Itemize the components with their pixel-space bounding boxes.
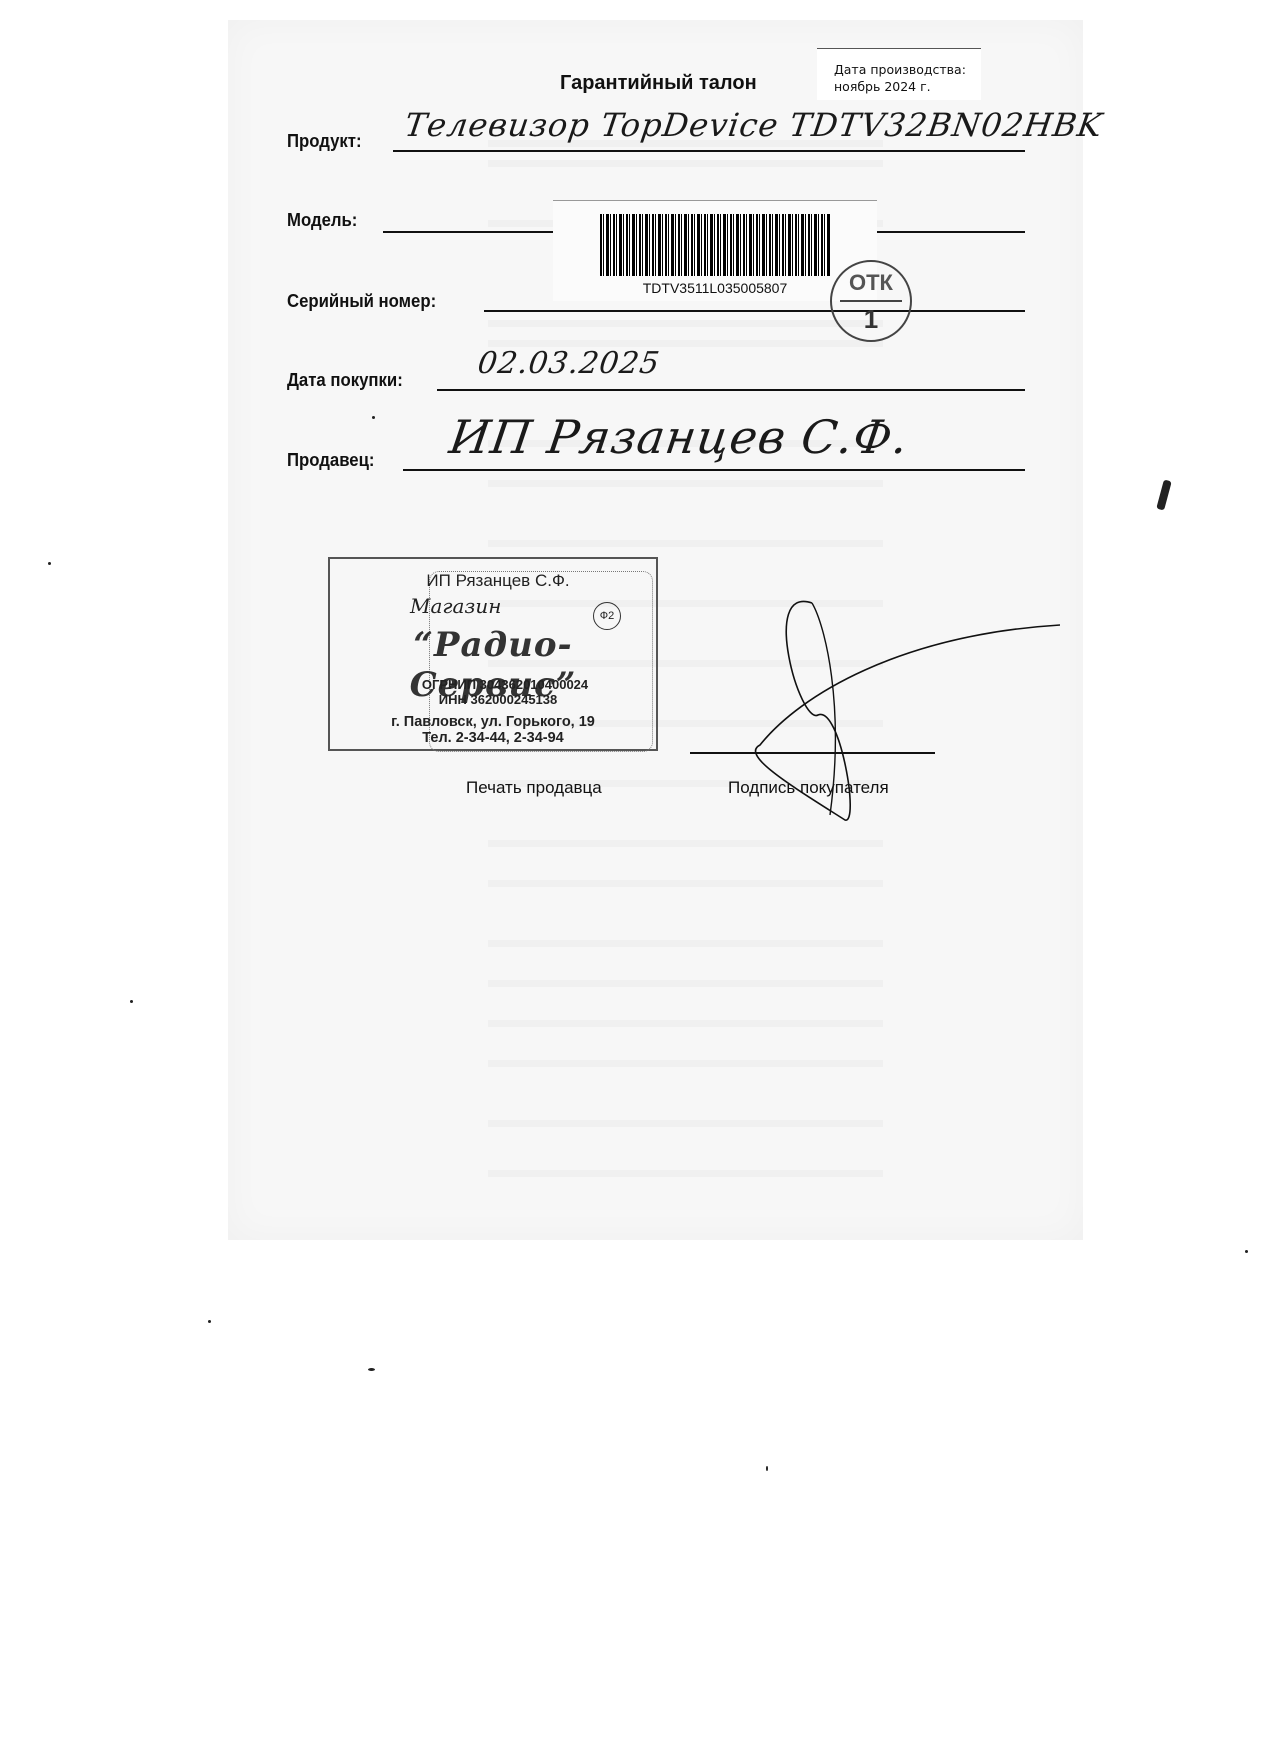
product-line [393, 150, 1025, 152]
scan-artifact [1156, 479, 1171, 510]
seller-label: Продавец: [287, 450, 374, 471]
otk-stamp-label: ОТК [832, 270, 910, 296]
bleed-through-text [488, 940, 883, 947]
barcode-sticker: TDTV3511L035005807 [553, 200, 877, 301]
stamp-phones: Тел. 2-34-44, 2-34-94 [330, 730, 656, 746]
otk-stamp-number: 1 [832, 304, 910, 335]
bleed-through-text [488, 1120, 883, 1127]
otk-stamp: ОТК 1 [830, 260, 912, 342]
bleed-through-text [488, 160, 883, 167]
product-label: Продукт: [287, 131, 362, 152]
seller-stamp-caption: Печать продавца [466, 778, 602, 798]
bleed-through-text [488, 1060, 883, 1067]
scan-artifact [368, 1368, 375, 1371]
purchase-date-handwritten-value: 02.03.2025 [476, 346, 663, 381]
scan-artifact [208, 1320, 211, 1323]
production-date-label: Дата производства: [834, 61, 981, 78]
production-date-value: ноябрь 2024 г. [834, 78, 981, 95]
document-title: Гарантийный талон [560, 72, 757, 95]
bleed-through-text [488, 480, 883, 487]
otk-stamp-divider [840, 300, 902, 302]
buyer-signature-caption: Подпись покупателя [728, 778, 889, 798]
stamp-shop-label: Магазин [410, 594, 501, 618]
product-handwritten-value: Телевизор TopDevice TDTV32BN02HBK [402, 106, 1105, 144]
scan-artifact [766, 1466, 768, 1471]
bleed-through-text [488, 320, 883, 327]
seller-stamp: ИП Рязанцев С.Ф. Магазин Ф2 “Радио-Серви… [328, 557, 658, 751]
barcode-icon [600, 214, 830, 276]
stamp-ogrnip: ОГРНИП 304362010400024 [330, 677, 656, 692]
bleed-through-text [488, 1170, 883, 1177]
scan-artifact [1245, 1250, 1248, 1253]
seller-handwritten-value: ИП Рязанцев С.Ф. [446, 410, 912, 464]
scan-artifact [48, 562, 51, 565]
bleed-through-text [488, 840, 883, 847]
barcode-value: TDTV3511L035005807 [553, 280, 877, 296]
stamp-inn: ИНН 362000245138 [330, 692, 656, 707]
scan-artifact [130, 1000, 133, 1003]
purchase-date-line [437, 389, 1025, 391]
seller-line [403, 469, 1025, 471]
stamp-address: г. Павловск, ул. Горького, 19 [330, 714, 656, 730]
serial-number-label: Серийный номер: [287, 291, 436, 312]
bleed-through-text [488, 1020, 883, 1027]
bleed-through-text [488, 880, 883, 887]
purchase-date-label: Дата покупки: [287, 370, 403, 391]
model-label: Модель: [287, 210, 357, 231]
bleed-through-text [488, 980, 883, 987]
bleed-through-text [488, 540, 883, 547]
scan-artifact [372, 416, 375, 419]
serial-number-line [484, 310, 1025, 312]
production-date-sticker: Дата производства: ноябрь 2024 г. [817, 48, 981, 100]
stamp-owner: ИП Рязанцев С.Ф. [330, 571, 656, 591]
